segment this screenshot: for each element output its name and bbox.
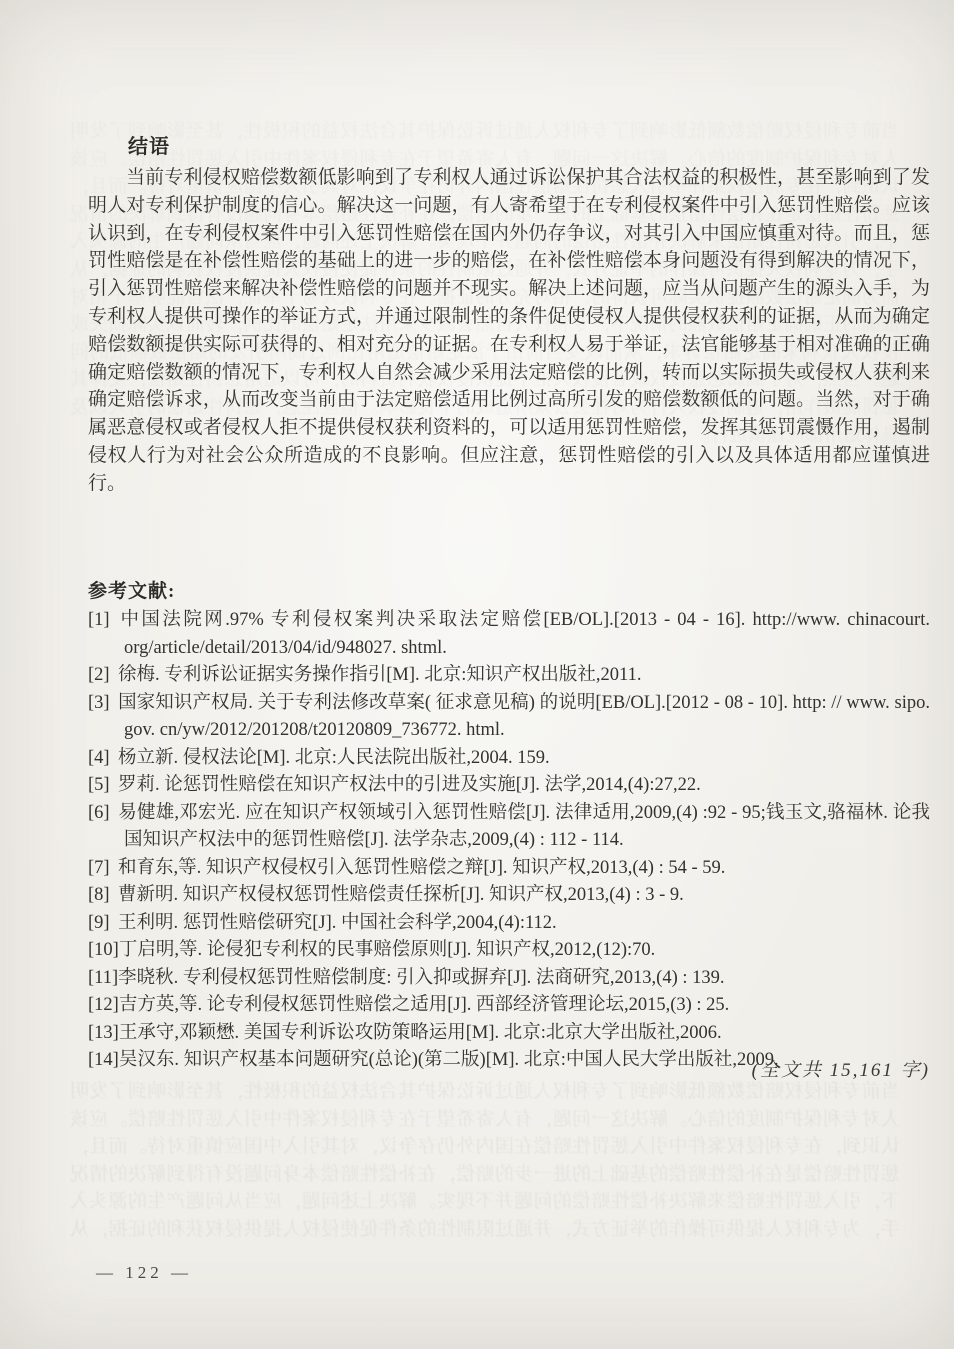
reference-item: [13] 王承守,邓颖懋. 美国专利诉讼攻防策略运用[M]. 北京:北京大学出版… [88,1020,930,1048]
reference-number: [2] [88,662,118,690]
reference-number: [8] [88,882,118,910]
reference-item: [7] 和育东,等. 知识产权侵权引入惩罚性赔偿之辩[J]. 知识产权,2013… [88,855,930,883]
reference-text: 徐梅. 专利诉讼证据实务操作指引[M]. 北京:知识产权出版社,2011. [118,665,641,685]
word-count-note: (全文共 15,161 字) [88,1055,930,1082]
reference-text: 吉方英,等. 论专利侵权惩罚性赔偿之适用[J]. 西部经济管理论坛,2015,(… [119,995,729,1015]
references-list: [1] 中国法院网.97% 专利侵权案判决采取法定赔偿[EB/OL].[2013… [88,607,930,1075]
reference-number: [10] [88,937,119,965]
reference-text: 王承守,邓颖懋. 美国专利诉讼攻防策略运用[M]. 北京:北京大学出版社,200… [119,1023,722,1043]
reference-text: 和育东,等. 知识产权侵权引入惩罚性赔偿之辩[J]. 知识产权,2013,(4)… [118,858,725,878]
reference-item: [1] 中国法院网.97% 专利侵权案判决采取法定赔偿[EB/OL].[2013… [88,607,930,662]
reference-item: [11] 李晓秋. 专利侵权惩罚性赔偿制度: 引入抑或摒弃[J]. 法商研究,2… [88,965,930,993]
reference-text: 罗莉. 论惩罚性赔偿在知识产权法中的引进及实施[J]. 法学,2014,(4):… [118,775,701,795]
reference-number: [3] [88,690,118,718]
reference-item: [6] 易健雄,邓宏光. 应在知识产权领域引入惩罚性赔偿[J]. 法律适用,20… [88,800,930,855]
reference-text: 杨立新. 侵权法论[M]. 北京:人民法院出版社,2004. 159. [118,748,550,768]
reference-text: 王利明. 惩罚性赔偿研究[J]. 中国社会科学,2004,(4):112. [118,913,557,933]
references-heading: 参考文献: [88,576,175,603]
reference-number: [4] [88,745,118,773]
reference-text: 李晓秋. 专利侵权惩罚性赔偿制度: 引入抑或摒弃[J]. 法商研究,2013,(… [118,968,724,988]
conclusion-heading: 结语 [88,130,930,159]
reference-text: 国家知识产权局. 关于专利法修改草案( 征求意见稿) 的说明[EB/OL].[2… [118,693,930,741]
reference-number: [11] [88,965,118,993]
reference-item: [5] 罗莉. 论惩罚性赔偿在知识产权法中的引进及实施[J]. 法学,2014,… [88,772,930,800]
reference-item: [4] 杨立新. 侵权法论[M]. 北京:人民法院出版社,2004. 159. [88,745,930,773]
reference-number: [5] [88,772,118,800]
reference-text: 丁启明,等. 论侵犯专利权的民事赔偿原则[J]. 知识产权,2012,(12):… [119,940,655,960]
reference-number: [6] [88,800,118,828]
page-number: — 122 — [96,1263,192,1283]
reference-item: [3] 国家知识产权局. 关于专利法修改草案( 征求意见稿) 的说明[EB/OL… [88,690,930,745]
reference-number: [12] [88,992,119,1020]
reference-item: [8] 曹新明. 知识产权侵权惩罚性赔偿责任探析[J]. 知识产权,2013,(… [88,882,930,910]
reference-number: [7] [88,855,118,883]
reference-item: [10] 丁启明,等. 论侵犯专利权的民事赔偿原则[J]. 知识产权,2012,… [88,937,930,965]
reference-number: [1] [88,607,118,635]
conclusion-paragraph: 当前专利侵权赔偿数额低影响到了专利权人通过诉讼保护其合法权益的积极性，甚至影响到… [88,164,930,498]
reference-text: 曹新明. 知识产权侵权惩罚性赔偿责任探析[J]. 知识产权,2013,(4) :… [118,885,684,905]
reference-number: [13] [88,1020,119,1048]
reference-text: 中国法院网.97% 专利侵权案判决采取法定赔偿[EB/OL].[2013 - 0… [118,610,930,658]
reference-item: [2] 徐梅. 专利诉讼证据实务操作指引[M]. 北京:知识产权出版社,2011… [88,662,930,690]
reference-item: [9] 王利明. 惩罚性赔偿研究[J]. 中国社会科学,2004,(4):112… [88,910,930,938]
reference-number: [9] [88,910,118,938]
reference-item: [12] 吉方英,等. 论专利侵权惩罚性赔偿之适用[J]. 西部经济管理论坛,2… [88,992,930,1020]
reference-text: 易健雄,邓宏光. 应在知识产权领域引入惩罚性赔偿[J]. 法律适用,2009,(… [118,803,930,851]
